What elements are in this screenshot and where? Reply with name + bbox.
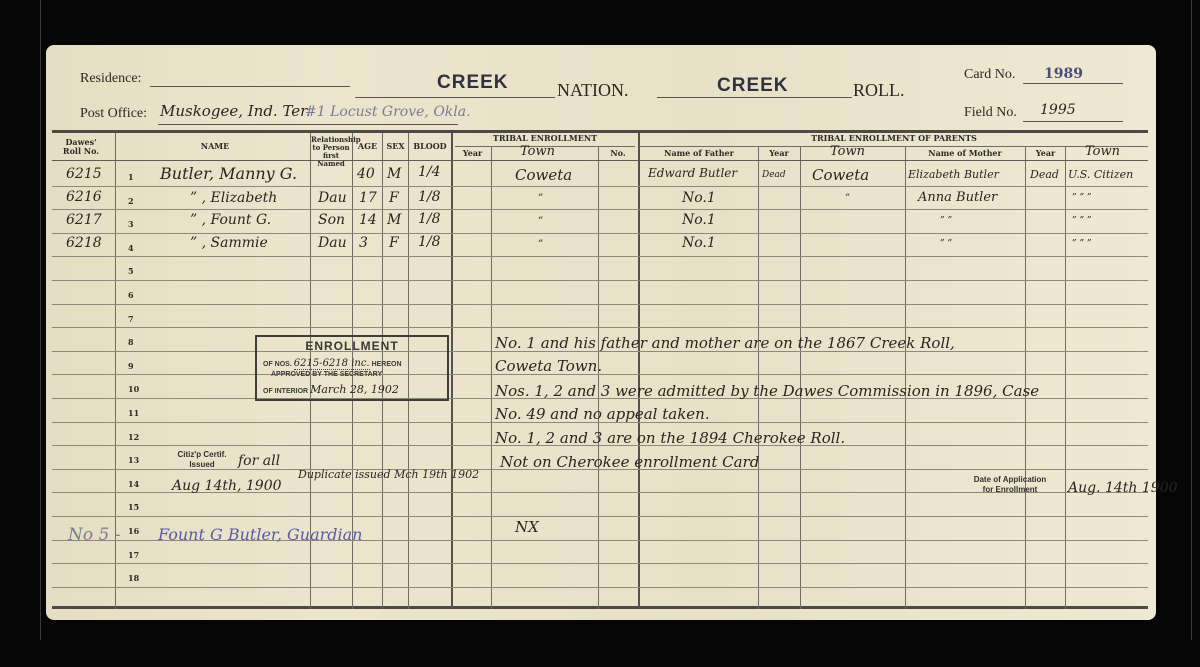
- post-office-label: Post Office:: [80, 106, 147, 122]
- field-no-value: 1995: [1040, 102, 1076, 118]
- row-number: 1: [128, 172, 148, 182]
- row-number: 16: [128, 526, 148, 536]
- row-line: [52, 186, 1148, 187]
- person-name: ” , Sammie: [190, 235, 268, 251]
- sex: F: [389, 190, 399, 206]
- father-year: Dead: [762, 170, 786, 180]
- cert-duplicate-note: Duplicate issued Mch 19th 1902: [298, 468, 479, 481]
- row-number: 13: [128, 455, 148, 465]
- father-town: ”: [845, 193, 850, 204]
- row-line: [52, 304, 1148, 305]
- mother-town: ” ” ”: [1072, 216, 1092, 226]
- nation-label: NATION.: [557, 80, 629, 101]
- tribal-town: ”: [538, 239, 543, 250]
- age: 3: [359, 235, 368, 251]
- father-name: No.1: [682, 190, 716, 206]
- father-town: Coweta: [812, 166, 869, 184]
- relationship: Son: [318, 212, 345, 228]
- header-mother-town: Town: [1085, 144, 1120, 159]
- guardian-note: Fount G Butler, Guardian: [158, 525, 362, 544]
- row-number: 12: [128, 432, 148, 442]
- row-line: [52, 563, 1148, 564]
- remark-line: Nos. 1, 2 and 3 were admitted by the Daw…: [495, 382, 1039, 400]
- row-line: [52, 233, 1148, 234]
- row-number: 15: [128, 502, 148, 512]
- person-name: ” , Elizabeth: [190, 190, 277, 206]
- post-office-amendment: #1 Locust Grove, Okla.: [305, 104, 471, 120]
- citizenship-cert-stamp: Citiz'p Certif. Issued: [172, 450, 232, 470]
- remark-line: Coweta Town.: [495, 357, 602, 375]
- dawes-number: 6215: [66, 166, 102, 182]
- age: 17: [359, 190, 377, 206]
- stamp-title: ENROLLMENT: [257, 339, 447, 353]
- relationship: Dau: [318, 235, 347, 251]
- row-number: 2: [128, 196, 148, 206]
- dawes-number: 6217: [66, 212, 102, 228]
- header-mother-year: Year: [1026, 149, 1065, 158]
- header-mother-name: Name of Mother: [906, 149, 1024, 158]
- header-dawes: Dawes' Roll No.: [56, 138, 106, 156]
- header-father-year: Year: [759, 149, 799, 158]
- parents-subheader-line: [640, 146, 1148, 147]
- header-sex: SEX: [383, 142, 408, 151]
- footer-rule: [52, 606, 1148, 609]
- header-te-town: Town: [520, 144, 555, 159]
- tribal-town: Coweta: [515, 166, 572, 184]
- mother-town: ” ” ”: [1072, 239, 1092, 249]
- header-te-year: Year: [455, 149, 490, 158]
- sex: F: [389, 235, 399, 251]
- stamp-line1: OF NOS. 6215-6218 inc. HEREON: [263, 358, 402, 369]
- mother-name: Anna Butler: [918, 190, 997, 205]
- col-divider: [638, 133, 640, 609]
- row-number: 8: [128, 337, 148, 347]
- row-number: 11: [128, 408, 148, 418]
- mother-town: U.S. Citizen: [1068, 168, 1133, 181]
- row-number: 14: [128, 479, 148, 489]
- row-line: [52, 327, 1148, 328]
- row-number: 3: [128, 219, 148, 229]
- person-name: ” , Fount G.: [190, 212, 271, 228]
- enrollment-approval-stamp: ENROLLMENT OF NOS. 6215-6218 inc. HEREON…: [255, 335, 449, 401]
- sex: M: [387, 166, 401, 182]
- row-number: 17: [128, 550, 148, 560]
- age: 40: [357, 166, 375, 182]
- field-no-line: [1023, 121, 1123, 122]
- residence-label: Residence:: [80, 71, 141, 87]
- cert-issue-date: Aug 14th, 1900: [172, 478, 282, 494]
- blood: 1/8: [418, 234, 441, 250]
- cert-for-all: for all: [238, 453, 280, 469]
- row-number: 10: [128, 384, 148, 394]
- roll-line: [657, 97, 852, 98]
- header-rule: [52, 130, 1148, 133]
- header-name: NAME: [150, 142, 280, 151]
- row-number: 7: [128, 314, 148, 324]
- header-tribal-enrollment: TRIBAL ENROLLMENT: [455, 134, 635, 143]
- guardian-prefix: No 5 -: [68, 525, 120, 545]
- row-line: [52, 256, 1148, 257]
- application-date-label: Date of Application for Enrollment: [960, 475, 1060, 495]
- row-line: [52, 280, 1148, 281]
- card-no-value: 1989: [1044, 66, 1083, 82]
- mother-name: ” ”: [940, 216, 952, 226]
- row-number: 6: [128, 290, 148, 300]
- card-no-label: Card No.: [964, 67, 1015, 83]
- blood: 1/4: [418, 164, 441, 180]
- post-office-line: [158, 124, 458, 125]
- stamp-approval-date: March 28, 1902: [310, 383, 399, 396]
- card-no-line: [1023, 83, 1123, 84]
- mother-name: Elizabeth Butler: [908, 168, 999, 181]
- blood: 1/8: [418, 189, 441, 205]
- header-blood: BLOOD: [409, 142, 451, 151]
- remark-line: Not on Cherokee enrollment Card: [500, 453, 759, 471]
- sex: M: [387, 212, 401, 228]
- guardian-mark: NX: [515, 518, 539, 536]
- header-father-town: Town: [830, 144, 865, 159]
- row-line: [52, 516, 1148, 517]
- stamp-line3: OF INTERIOR March 28, 1902: [263, 383, 399, 396]
- post-office-value: Muskogee, Ind. Ter.: [160, 102, 310, 120]
- application-date: Aug. 14th 1900: [1068, 480, 1178, 496]
- header-father-name: Name of Father: [640, 149, 758, 158]
- tribal-town: ”: [538, 216, 543, 227]
- roll-label: ROLL.: [853, 80, 905, 101]
- remark-line: No. 1 and his father and mother are on t…: [495, 334, 955, 352]
- father-name: No.1: [682, 212, 716, 228]
- col-divider: [451, 133, 453, 609]
- roll-value: CREEK: [717, 75, 789, 97]
- header-bottom-line: [52, 160, 1148, 161]
- row-number: 18: [128, 573, 148, 583]
- nation-value: CREEK: [437, 72, 509, 94]
- header-age: AGE: [353, 142, 382, 151]
- mother-year: Dead: [1030, 168, 1059, 181]
- header-relationship: Relationship to Person first Named: [311, 136, 351, 168]
- field-no-label: Field No.: [964, 105, 1017, 121]
- father-name: No.1: [682, 235, 716, 251]
- residence-line: [150, 86, 350, 87]
- relationship: Dau: [318, 190, 347, 206]
- row-number: 9: [128, 361, 148, 371]
- stamp-line2: APPROVED BY THE SECRETARY: [271, 371, 382, 378]
- header-parents-group: TRIBAL ENROLLMENT OF PARENTS: [640, 134, 1148, 143]
- tribal-town: ”: [538, 193, 543, 204]
- mother-name: ” ”: [940, 239, 952, 249]
- row-number: 5: [128, 266, 148, 276]
- dawes-number: 6216: [66, 189, 102, 205]
- mother-town: ” ” ”: [1072, 193, 1092, 203]
- person-name: Butler, Manny G.: [160, 164, 297, 183]
- row-line: [52, 587, 1148, 588]
- father-name: Edward Butler: [648, 166, 737, 180]
- dawes-number: 6218: [66, 235, 102, 251]
- nation-line: [355, 97, 555, 98]
- age: 14: [359, 212, 377, 228]
- stamp-enrollment-numbers: 6215-6218 inc.: [294, 358, 370, 370]
- blood: 1/8: [418, 211, 441, 227]
- header-te-no: No.: [599, 149, 637, 158]
- remark-line: No. 1, 2 and 3 are on the 1894 Cherokee …: [495, 429, 845, 447]
- row-number: 4: [128, 243, 148, 253]
- remark-line: No. 49 and no appeal taken.: [495, 405, 710, 423]
- row-line: [52, 209, 1148, 210]
